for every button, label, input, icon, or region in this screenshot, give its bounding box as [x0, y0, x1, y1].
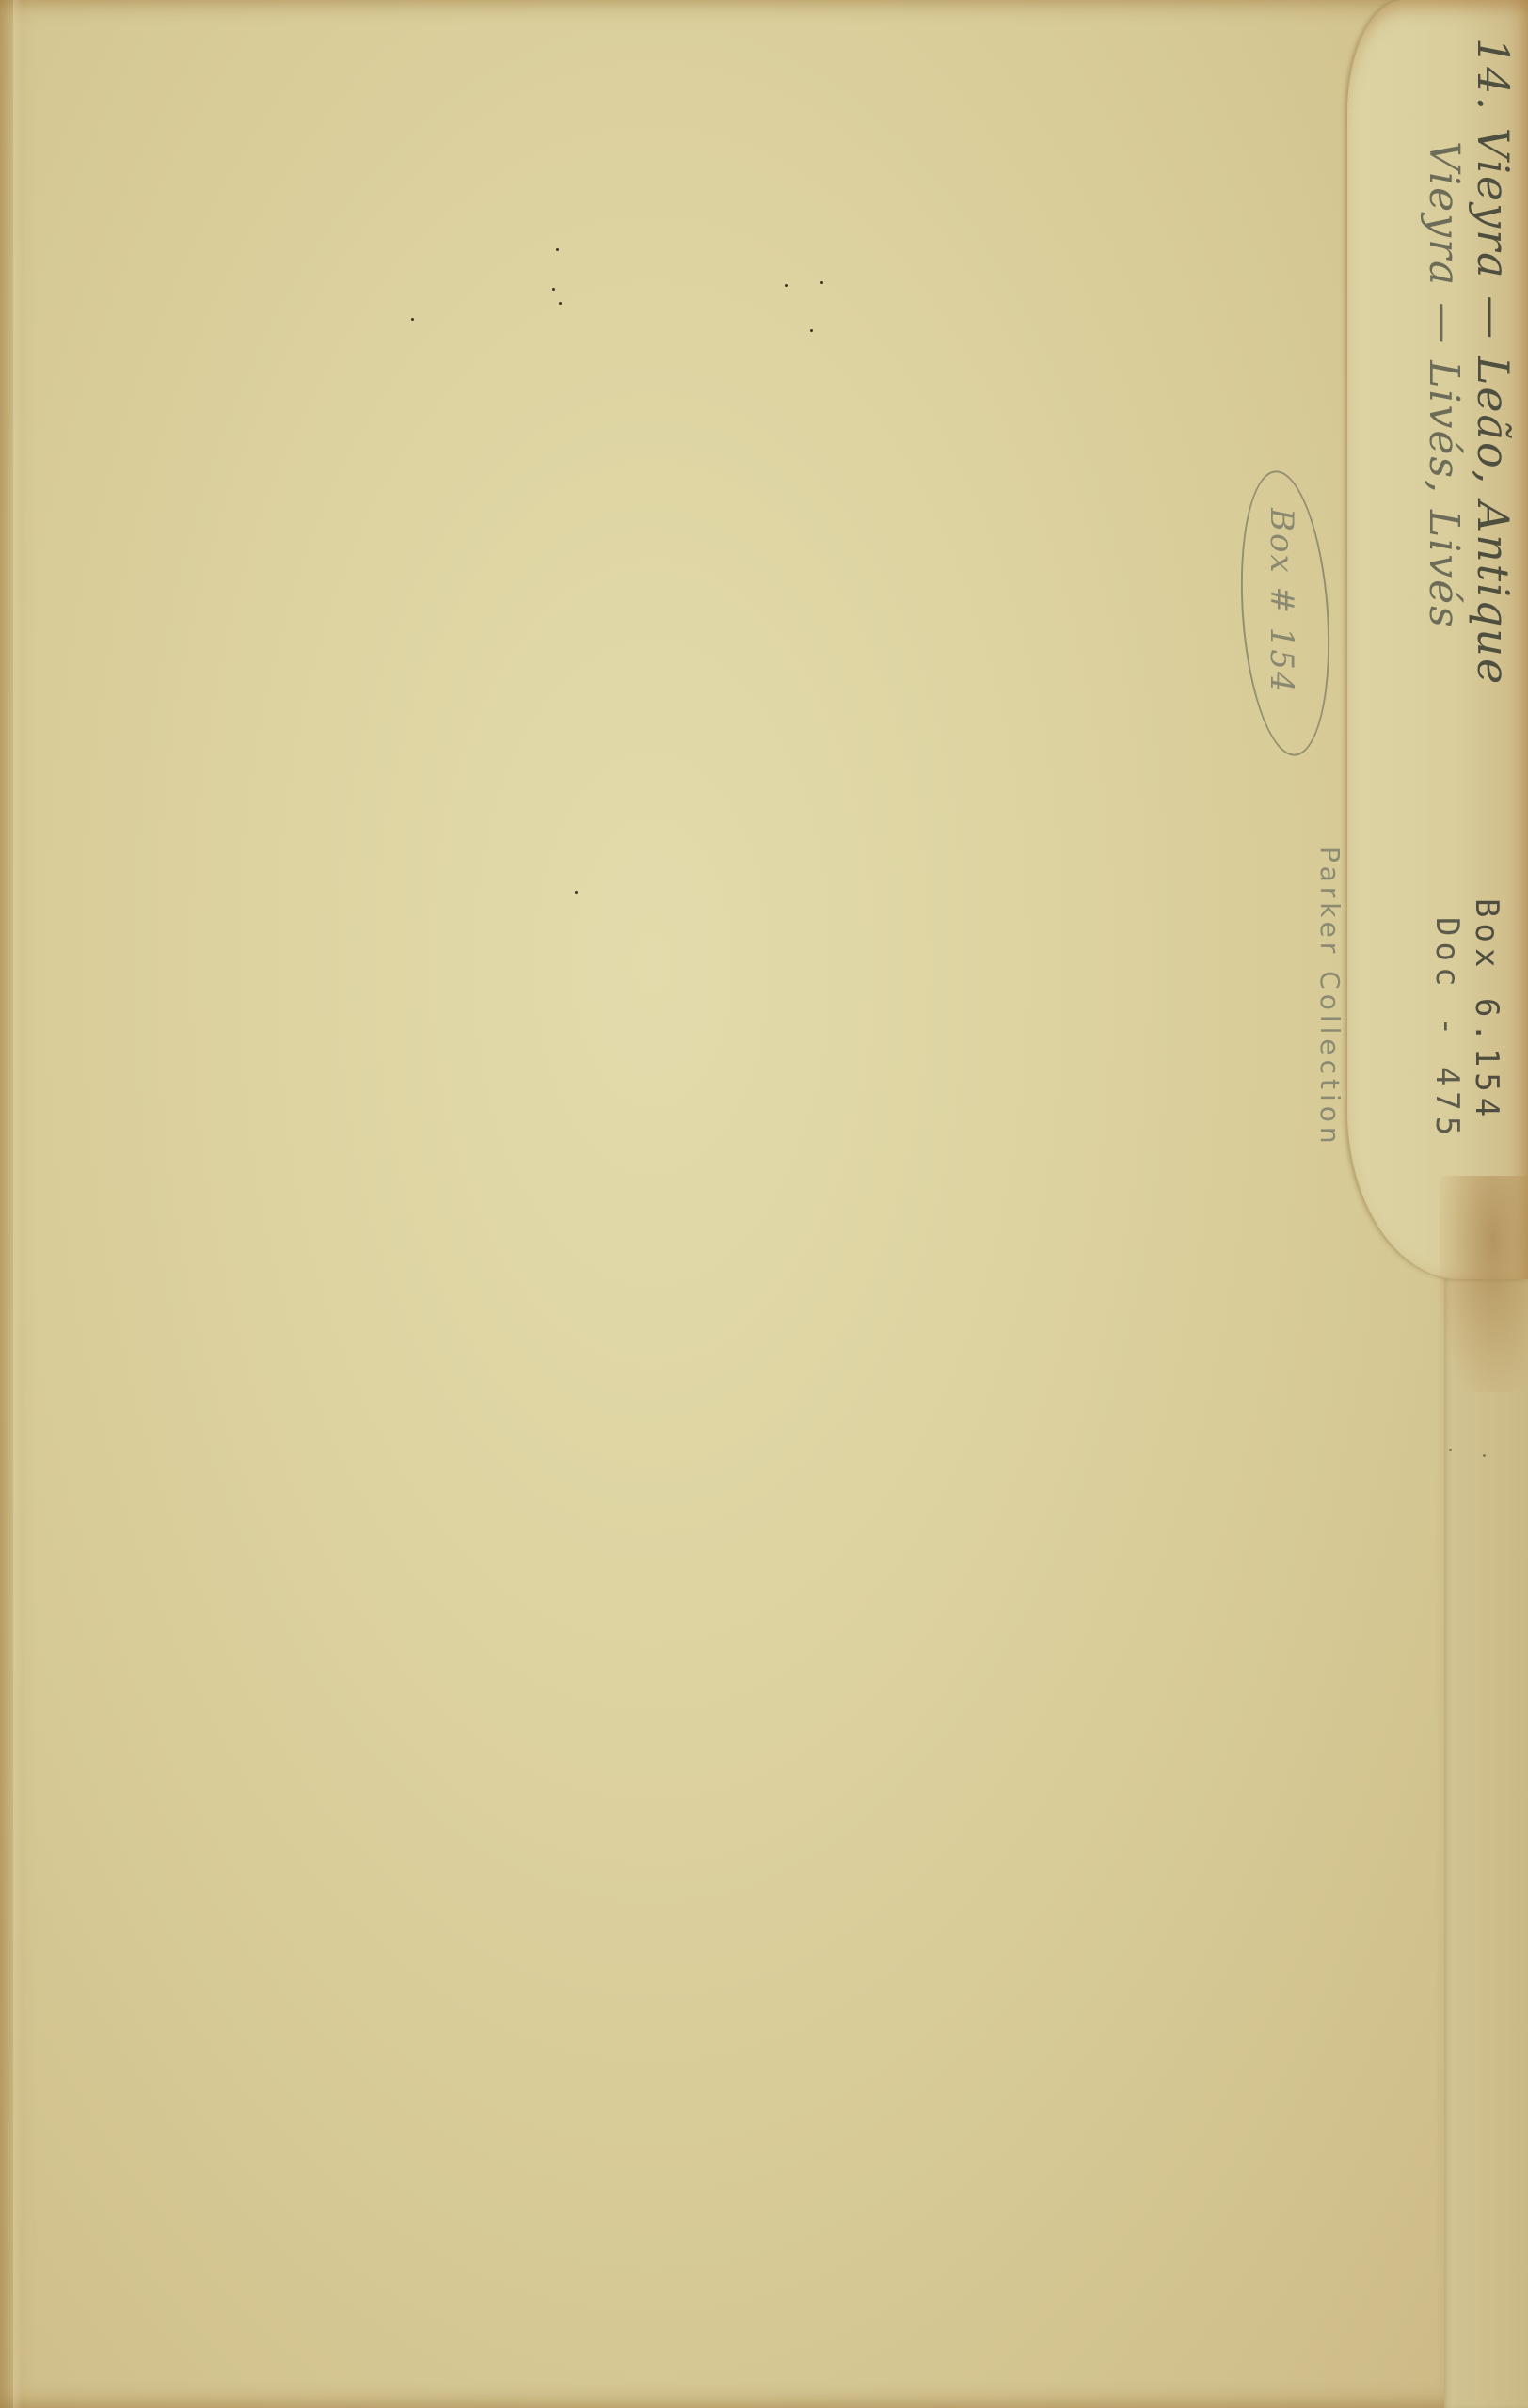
speck — [552, 288, 555, 291]
speck — [1483, 1454, 1486, 1457]
speck — [559, 302, 562, 305]
speck — [1449, 1449, 1452, 1451]
back-flap-strip — [1444, 1279, 1528, 2408]
speck — [785, 284, 788, 287]
speck — [411, 318, 414, 321]
speck — [810, 329, 813, 332]
document-reference: Doc - 475 — [1428, 917, 1466, 1141]
speck — [820, 281, 823, 284]
collection-annotation: Parker Collection — [1314, 847, 1345, 1149]
folder-body — [0, 0, 1449, 2408]
tab-label-line-2: Vieyra — Livés, Livés — [1420, 141, 1468, 629]
tab-label-line-1: 14. Vieyra — Leão, Antique — [1468, 38, 1519, 686]
tab-stain — [1440, 1176, 1528, 1392]
folder-scan: 14. Vieyra — Leão, Antique Vieyra — Livé… — [0, 0, 1528, 2408]
circled-box-number: Box # 154 — [1263, 508, 1300, 694]
left-edge-highlight — [13, 0, 23, 2408]
box-reference: Box 6.154 — [1468, 898, 1505, 1122]
speck — [556, 248, 559, 251]
speck — [575, 891, 578, 894]
